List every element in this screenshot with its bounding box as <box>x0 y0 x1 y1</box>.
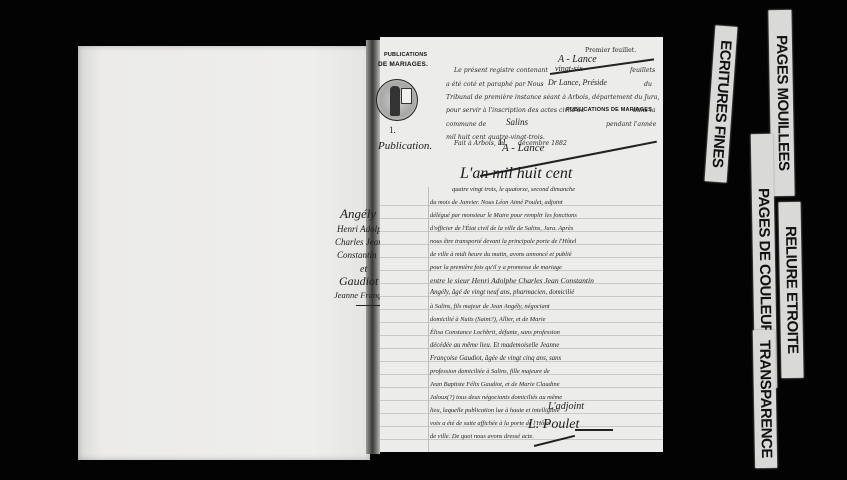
paraph-bottom: A - Lance <box>502 142 545 154</box>
groom-given-3: Constantin <box>337 250 377 260</box>
preamble-line1-suffix: feuillets <box>630 67 655 74</box>
body-line: domicilié à Nuits (Saint?), Allier, et d… <box>430 316 545 323</box>
body-line: quatre vingt trois, le quatorze, second … <box>452 186 575 193</box>
body-line: Angély, âgé de vingt neuf ans, pharmacie… <box>430 289 574 296</box>
body-line: L'an mil huit cent <box>460 165 572 183</box>
commune-name: Salins <box>506 117 528 127</box>
label-ecritures-fines: ECRITURES FINES <box>705 25 738 182</box>
body-line: de ville. De quoi nous avons dressé acte… <box>430 433 534 440</box>
body-line: Élisa Constance Lochbrit, défunte, sans … <box>430 329 560 336</box>
body-line: lieu, laquelle publication lue à haute e… <box>430 407 560 414</box>
section-title-line1: PUBLICATIONS <box>384 52 427 58</box>
body-line: Jean Baptiste Félix Gaudiot, et de Marie… <box>430 381 560 388</box>
preamble-line2-suffix: du <box>644 81 652 88</box>
left-page-blank <box>78 46 370 460</box>
signature-name: L. Poulet <box>528 417 579 433</box>
entry-label: Publication. <box>378 140 432 152</box>
stamp-figure <box>390 86 400 116</box>
body-line: de ville à midi heure du matin, avons an… <box>430 251 572 258</box>
body-line: nous être transporté devant la principal… <box>430 238 576 245</box>
preamble-line2: a été coté et paraphé par Nous <box>446 81 544 88</box>
label-transparence: TRANSPARENCE <box>753 330 777 468</box>
leaf-count: vingt-six <box>555 64 583 73</box>
body-line: à Salins, fils majeur de Jean Angély, né… <box>430 303 550 310</box>
groom-given-2: Charles Jean <box>335 237 383 247</box>
entry-number: 1. <box>389 125 396 135</box>
judge-name: Dr Lance, Préside <box>548 78 607 87</box>
body-line: délégué par monsieur le Maire pour rempl… <box>430 212 577 219</box>
body-line: Jaloux(?) tous deux négociants domicilié… <box>430 394 562 401</box>
signature-title: L'adjoint <box>548 401 584 412</box>
done-at: Fait à Arbois, le <box>454 140 504 147</box>
body-line-groom: entre le sieur Henri Adolphe Charles Jea… <box>430 276 594 285</box>
preamble-line4: pour servir à l'inscription des actes ci… <box>446 107 585 114</box>
bride-surname: Gaudiot <box>339 274 378 289</box>
stamp-tablet <box>401 88 412 104</box>
sheet-label: Premier feuillet. <box>585 47 636 54</box>
body-line: profession domiciliée à Salins, fille ma… <box>430 368 550 375</box>
preamble-line4-suffix: dans la <box>633 107 655 114</box>
preamble-line5-suffix: pendant l'année <box>606 121 656 128</box>
preamble-line5: commune de <box>446 121 486 128</box>
signature-flourish <box>575 429 613 431</box>
groom-surname: Angély <box>340 206 376 222</box>
preamble-line1: Le présent registre contenant <box>454 67 548 74</box>
body-line: pour la première fois qu'il y a promesse… <box>430 264 562 271</box>
body-line-bride: décédée au même lieu. Et mademoiselle Je… <box>430 342 559 349</box>
margin-rule <box>428 187 429 452</box>
preamble-line3: Tribunal de première instance séant à Ar… <box>446 94 659 101</box>
label-reliure-etroite: RELIURE ETROITE <box>778 202 803 378</box>
right-page: PUBLICATIONS DE MARIAGES. Premier feuill… <box>380 37 663 452</box>
section-title-line2: DE MARIAGES. <box>378 61 428 68</box>
body-line: Françoise Gaudiot, âgée de vingt cinq an… <box>430 355 561 362</box>
signature-underline <box>534 435 575 447</box>
body-line: du mois de Janvier. Nous Léon Aimé Poule… <box>430 199 563 206</box>
margin-underline <box>356 305 380 306</box>
body-line: d'officier de l'État civil de la ville d… <box>430 225 573 232</box>
tax-stamp-seal <box>376 79 418 121</box>
